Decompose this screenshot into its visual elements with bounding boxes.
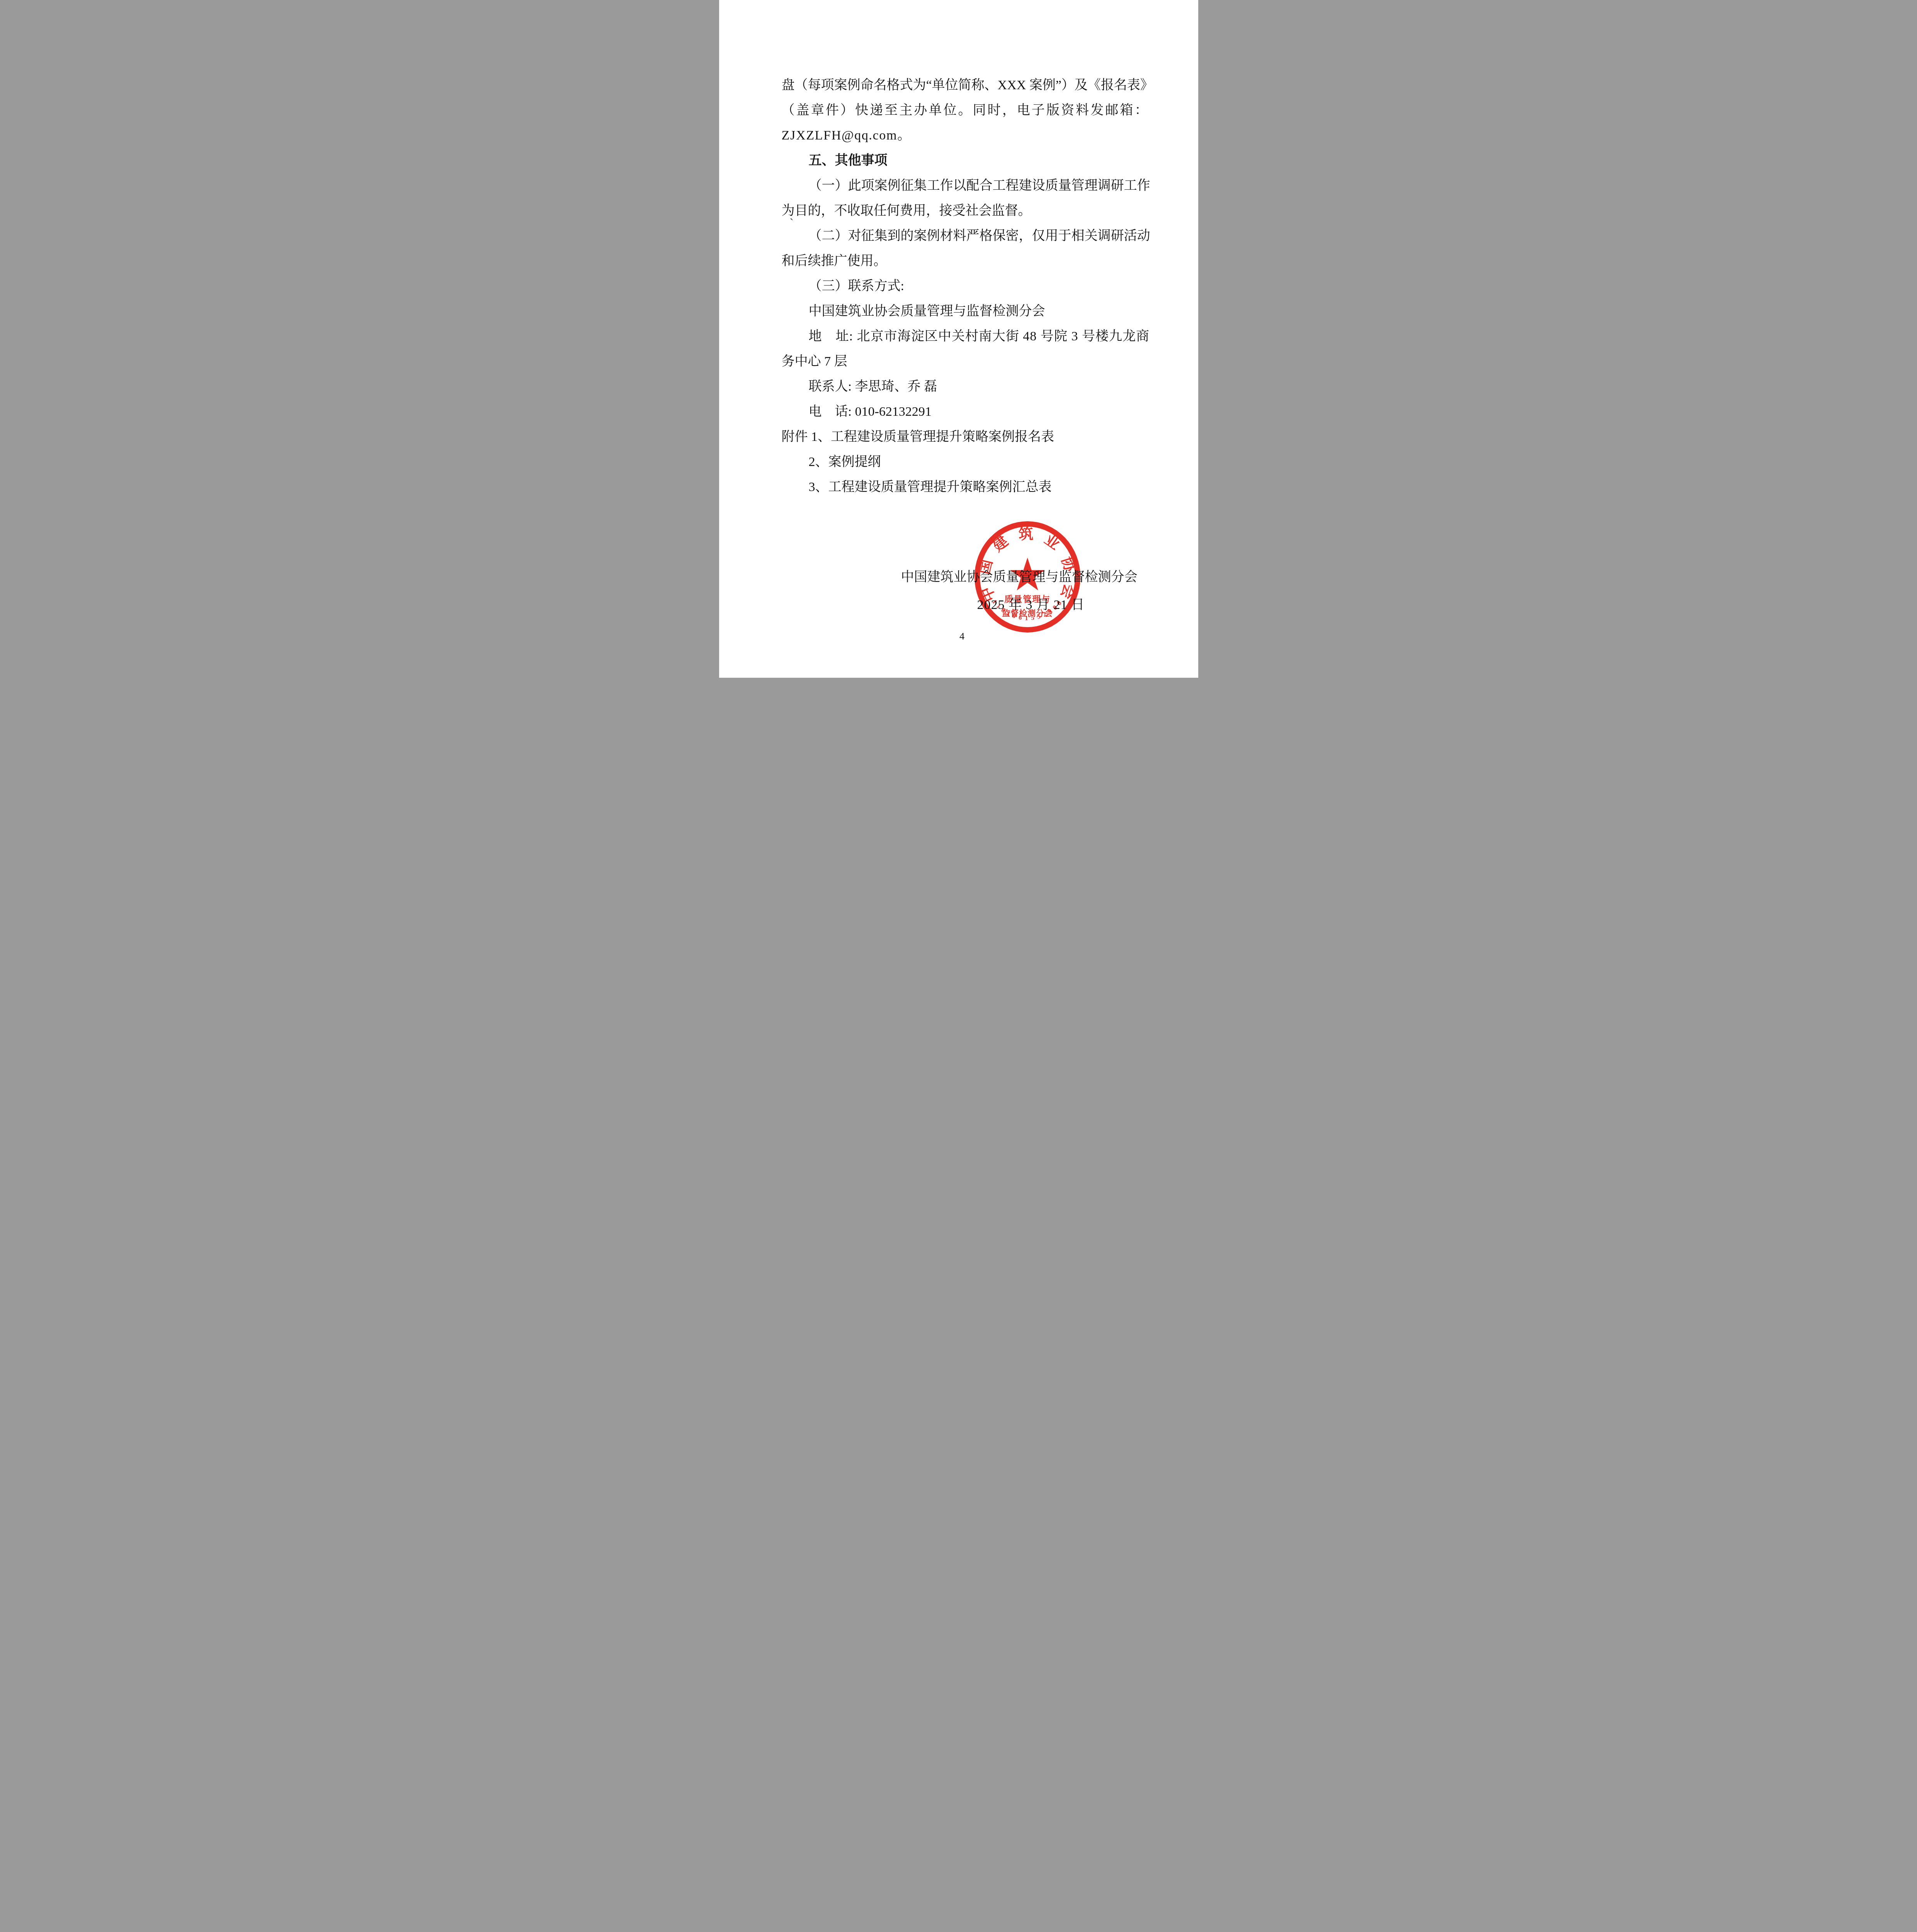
document-body: 盘（每项案例命名格式为“单位简称、XXX 案例”）及《报名表》 （盖章件）快递至… bbox=[782, 73, 1151, 500]
doc-line: （盖章件）快递至主办单位。同时，电子版资料发邮箱： bbox=[782, 98, 1151, 123]
doc-line: 和后续推广使用。 bbox=[782, 248, 1151, 274]
seal-center-line1: 质量管理与 bbox=[1004, 594, 1050, 604]
official-seal: 中国建筑业协会 质量管理与 监督检测分会 1101061552900 bbox=[958, 507, 1097, 646]
stray-scan-mark: ` bbox=[790, 216, 794, 230]
doc-line-phone: 电 话: 010-62132291 bbox=[782, 399, 1151, 424]
doc-line-org-name: 中国建筑业协会质量管理与监督检测分会 bbox=[782, 299, 1151, 324]
doc-line: （三）联系方式: bbox=[782, 274, 1151, 299]
seal-star-icon bbox=[1010, 558, 1044, 590]
doc-line-email: ZJXZLFH@qq.com。 bbox=[782, 123, 1151, 148]
doc-heading: 五、其他事项 bbox=[782, 148, 1151, 173]
doc-line-address-cont: 务中心 7 层 bbox=[782, 349, 1151, 374]
document-page: 盘（每项案例命名格式为“单位简称、XXX 案例”）及《报名表》 （盖章件）快递至… bbox=[719, 0, 1198, 678]
official-seal-graphic: 中国建筑业协会 质量管理与 监督检测分会 1101061552900 bbox=[958, 507, 1097, 646]
doc-line: 盘（每项案例命名格式为“单位简称、XXX 案例”）及《报名表》 bbox=[782, 73, 1151, 98]
doc-line-address: 地 址: 北京市海淀区中关村南大街 48 号院 3 号楼九龙商 bbox=[782, 324, 1151, 349]
doc-line: （一）此项案例征集工作以配合工程建设质量管理调研工作 bbox=[782, 173, 1151, 198]
doc-line: 为目的，不收取任何费用，接受社会监督。 bbox=[782, 198, 1151, 223]
doc-line-attachment-3: 3、工程建设质量管理提升策略案例汇总表 bbox=[782, 474, 1151, 500]
doc-line-attachment-2: 2、案例提纲 bbox=[782, 449, 1151, 474]
doc-line-contacts: 联系人: 李思琦、乔 磊 bbox=[782, 374, 1151, 399]
doc-line: （二）对征集到的案例材料严格保密，仅用于相关调研活动 bbox=[782, 223, 1151, 248]
doc-line-attachment-1: 附件 1、工程建设质量管理提升策略案例报名表 bbox=[782, 424, 1151, 449]
